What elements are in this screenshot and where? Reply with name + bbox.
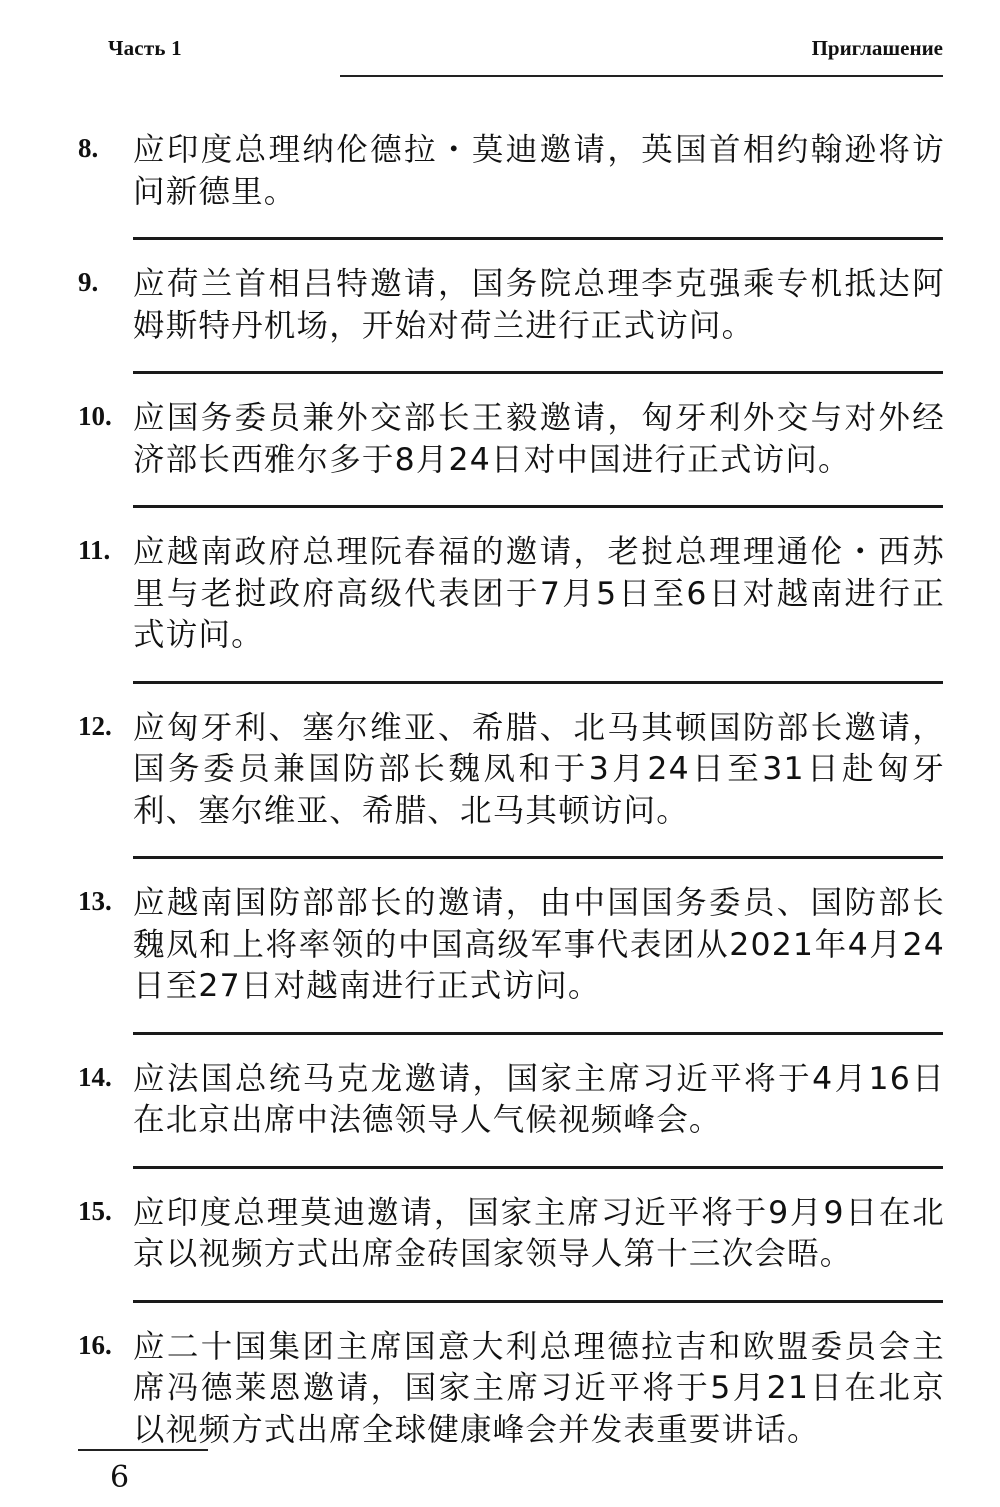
exercise-list: 8. 应印度总理纳伦德拉・莫迪邀请，英国首相约翰逊将访问新德里。 9. 应荷兰首… bbox=[0, 130, 1000, 1451]
exercise-item-13: 13. 应越南国防部部长的邀请，由中国国务委员、国防部长魏凤和上将率领的中国高级… bbox=[0, 883, 1000, 1035]
item-number: 11. bbox=[78, 535, 110, 566]
item-text: 应二十国集团主席国意大利总理德拉吉和欧盟委员会主席冯德莱恩邀请，国家主席习近平将… bbox=[133, 1327, 945, 1452]
answer-line bbox=[133, 1300, 943, 1303]
answer-line bbox=[133, 856, 943, 859]
item-text: 应荷兰首相吕特邀请，国务院总理李克强乘专机抵达阿姆斯特丹机场，开始对荷兰进行正式… bbox=[133, 264, 945, 347]
exercise-item-14: 14. 应法国总统马克龙邀请，国家主席习近平将于4月16日在北京出席中法德领导人… bbox=[0, 1059, 1000, 1169]
exercise-item-12: 12. 应匈牙利、塞尔维亚、希腊、北马其顿国防部长邀请，国务委员兼国防部长魏凤和… bbox=[0, 708, 1000, 860]
answer-line bbox=[133, 681, 943, 684]
item-number: 13. bbox=[78, 886, 112, 917]
exercise-item-9: 9. 应荷兰首相吕特邀请，国务院总理李克强乘专机抵达阿姆斯特丹机场，开始对荷兰进… bbox=[0, 264, 1000, 374]
item-number: 12. bbox=[78, 711, 112, 742]
answer-line bbox=[133, 1032, 943, 1035]
item-text: 应越南国防部部长的邀请，由中国国务委员、国防部长魏凤和上将率领的中国高级军事代表… bbox=[133, 883, 945, 1008]
exercise-item-10: 10. 应国务委员兼外交部长王毅邀请，匈牙利外交与对外经济部长西雅尔多于8月24… bbox=[0, 398, 1000, 508]
running-head-section: Часть 1 bbox=[108, 36, 182, 61]
item-number: 9. bbox=[78, 267, 98, 298]
answer-line bbox=[133, 237, 943, 240]
exercise-item-8: 8. 应印度总理纳伦德拉・莫迪邀请，英国首相约翰逊将访问新德里。 bbox=[0, 130, 1000, 240]
running-head-chapter: Приглашение bbox=[812, 36, 943, 61]
exercise-item-11: 11. 应越南政府总理阮春福的邀请，老挝总理理通伦・西苏里与老挝政府高级代表团于… bbox=[0, 532, 1000, 684]
item-text: 应越南政府总理阮春福的邀请，老挝总理理通伦・西苏里与老挝政府高级代表团于7月5日… bbox=[133, 532, 945, 657]
item-number: 10. bbox=[78, 401, 112, 432]
item-text: 应国务委员兼外交部长王毅邀请，匈牙利外交与对外经济部长西雅尔多于8月24日对中国… bbox=[133, 398, 945, 481]
exercise-item-16: 16. 应二十国集团主席国意大利总理德拉吉和欧盟委员会主席冯德莱恩邀请，国家主席… bbox=[0, 1327, 1000, 1452]
footer-rule bbox=[78, 1449, 208, 1451]
item-text: 应法国总统马克龙邀请，国家主席习近平将于4月16日在北京出席中法德领导人气候视频… bbox=[133, 1059, 945, 1142]
answer-line bbox=[133, 371, 943, 374]
item-number: 14. bbox=[78, 1062, 112, 1093]
item-number: 16. bbox=[78, 1330, 112, 1361]
item-text: 应印度总理纳伦德拉・莫迪邀请，英国首相约翰逊将访问新德里。 bbox=[133, 130, 945, 213]
header-rule bbox=[340, 75, 943, 77]
item-number: 8. bbox=[78, 133, 98, 164]
item-text: 应印度总理莫迪邀请，国家主席习近平将于9月9日在北京以视频方式出席金砖国家领导人… bbox=[133, 1193, 945, 1276]
item-number: 15. bbox=[78, 1196, 112, 1227]
answer-line bbox=[133, 1166, 943, 1169]
answer-line bbox=[133, 505, 943, 508]
item-text: 应匈牙利、塞尔维亚、希腊、北马其顿国防部长邀请，国务委员兼国防部长魏凤和于3月2… bbox=[133, 708, 945, 833]
page-number: 6 bbox=[110, 1460, 129, 1495]
exercise-item-15: 15. 应印度总理莫迪邀请，国家主席习近平将于9月9日在北京以视频方式出席金砖国… bbox=[0, 1193, 1000, 1303]
